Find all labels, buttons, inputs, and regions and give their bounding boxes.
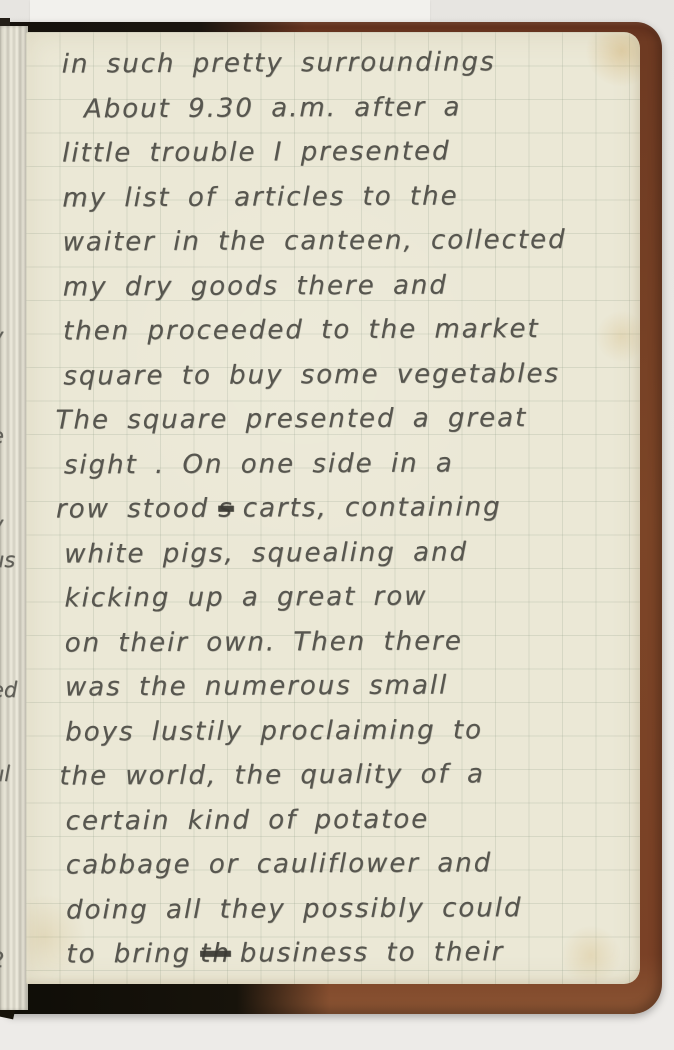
handwritten-line: doing all they possibly could xyxy=(66,885,636,932)
photo-backdrop: i y e y us ed ul 2 in such pretty surrou… xyxy=(0,0,674,1050)
line-text: carts, containing xyxy=(243,492,502,523)
handwritten-line: The square presented a great xyxy=(55,396,633,444)
handwritten-line: sight . On one side in a xyxy=(64,440,634,487)
handwritten-line: was the numerous small xyxy=(65,663,635,710)
line-text: business to their xyxy=(240,937,505,968)
handwritten-line: in such pretty surroundings xyxy=(62,40,632,87)
page-edge-fragment: e xyxy=(0,424,13,448)
page-edge-fragment: us xyxy=(0,548,13,572)
line-text: my list of articles to the xyxy=(62,181,458,213)
line-text: the world, the quality of a xyxy=(59,759,485,791)
handwritten-line: square to buy some vegetables xyxy=(63,351,633,398)
page-edge-fragment: y xyxy=(0,512,13,536)
handwritten-line: the world, the quality of a xyxy=(59,752,635,800)
line-text: row stood xyxy=(56,494,209,525)
page-edge-stack: i y e y us ed ul 2 xyxy=(0,26,28,1010)
handwritten-line: to bringthbusiness to their xyxy=(66,930,636,977)
handwritten-line: row stoodscarts, containing xyxy=(56,485,634,533)
line-text: little trouble I presented xyxy=(62,136,451,168)
handwritten-line: white pigs, squealing and xyxy=(64,529,634,576)
line-text: to bring xyxy=(66,939,191,970)
line-text: on their own. Then there xyxy=(65,626,463,658)
handwritten-line: on their own. Then there xyxy=(65,618,635,665)
page-edge-fragment: y xyxy=(0,324,13,348)
handwritten-text-block: in such pretty surroundings About 9.30 a… xyxy=(62,40,637,977)
line-text: white pigs, squealing and xyxy=(64,537,468,569)
handwritten-line: my list of articles to the xyxy=(62,173,632,220)
page-edge-fragment: i xyxy=(0,191,13,215)
crossed-out-text: th xyxy=(200,939,231,969)
line-text: cabbage or cauliflower and xyxy=(66,848,493,880)
handwritten-line: About 9.30 a.m. after a xyxy=(62,84,632,131)
handwritten-line: certain kind of potatoe xyxy=(66,796,636,843)
line-text: sight . On one side in a xyxy=(64,448,454,480)
line-text: About 9.30 a.m. after a xyxy=(84,92,462,124)
handwritten-line: my dry goods there and xyxy=(63,262,633,309)
page-edge-fragment: ed xyxy=(0,678,13,702)
line-text: The square presented a great xyxy=(55,403,527,435)
handwritten-line: cabbage or cauliflower and xyxy=(66,841,636,888)
handwritten-line: kicking up a great row xyxy=(64,574,634,621)
line-text: in such pretty surroundings xyxy=(62,47,496,79)
diary-page: in such pretty surroundings About 9.30 a… xyxy=(26,32,640,984)
cover-black-patch-bottom xyxy=(6,981,336,1014)
handwritten-line: then proceeded to the market xyxy=(63,307,633,354)
page-edge-fragment: 2 xyxy=(0,948,13,972)
line-text: then proceeded to the market xyxy=(63,314,540,346)
line-text: waiter in the canteen, collected xyxy=(63,225,567,258)
line-text: certain kind of potatoe xyxy=(66,804,430,836)
handwritten-line: little trouble I presented xyxy=(62,129,632,176)
line-text: square to buy some vegetables xyxy=(63,358,560,391)
background-paper-strip xyxy=(30,0,430,24)
handwritten-line: boys lustily proclaiming to xyxy=(65,707,635,754)
line-text: boys lustily proclaiming to xyxy=(65,715,483,747)
line-text: kicking up a great row xyxy=(64,582,427,614)
line-text: my dry goods there and xyxy=(63,270,448,302)
page-edge-fragment: ul xyxy=(0,762,13,786)
crossed-out-text: s xyxy=(218,494,234,524)
handwritten-line: waiter in the canteen, collected xyxy=(62,218,632,265)
line-text: doing all they possibly could xyxy=(66,893,523,925)
line-text: was the numerous small xyxy=(65,670,449,702)
